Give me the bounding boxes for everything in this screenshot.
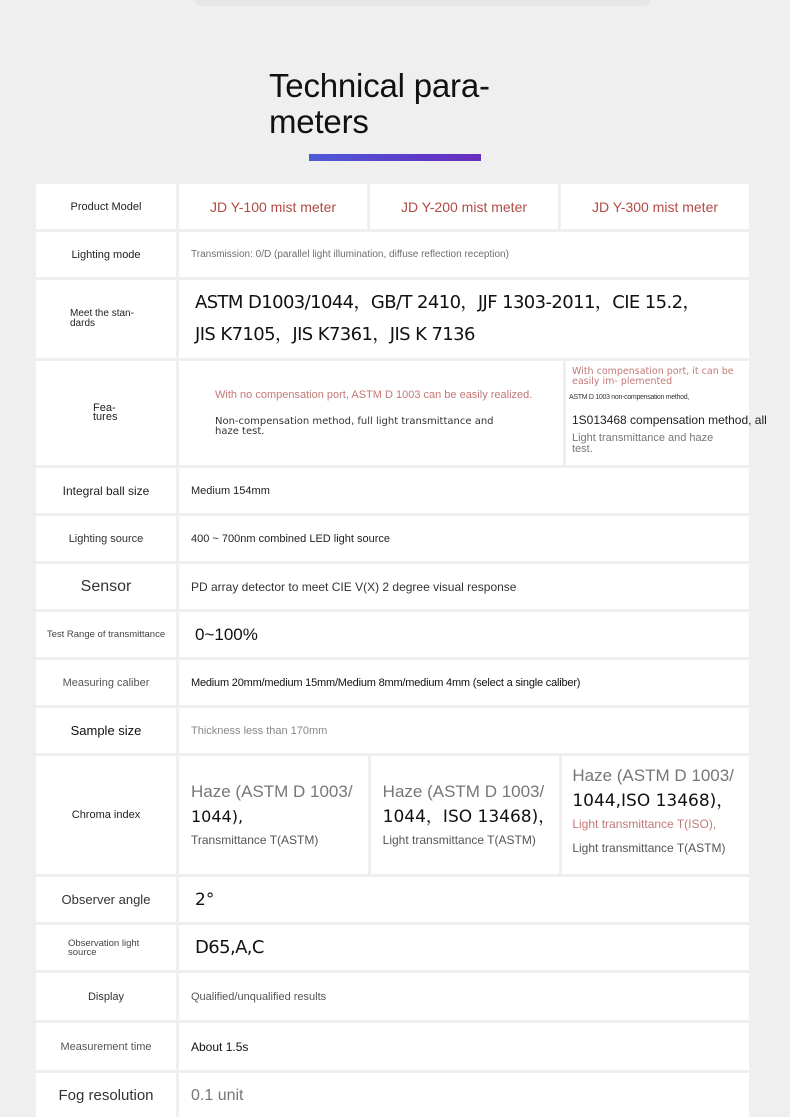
row-standards: Meet the stan- dards ASTM D1003/1044，GB/… (36, 280, 749, 358)
features-left-text: Non-compensation method, full light tran… (215, 417, 505, 437)
row-test-range: Test Range of transmittance 0~100% (36, 612, 749, 657)
value-standards: ASTM D1003/1044，GB/T 2410，JJF 1303-2011，… (179, 280, 749, 358)
value-lighting-mode: Transmission: 0/D (parallel light illumi… (179, 232, 749, 277)
label-display: Display (36, 973, 179, 1020)
features-right-small: ASTM D 1003 non-compensation method, (569, 394, 749, 401)
label-integral-ball: Integral ball size (36, 468, 179, 513)
label-measuring-caliber: Measuring caliber (36, 660, 179, 705)
features-right-main: 1S013468 compensation method, all (569, 413, 749, 427)
value-sensor: PD array detector to meet CIE V(X) 2 deg… (179, 564, 749, 609)
chroma-jdy300: Haze (ASTM D 1003/ 1044,ISO 13468)， Ligh… (562, 756, 749, 874)
chroma-haze-standard: 1044，ISO 13468)， (383, 804, 560, 830)
chroma-transmittance: Light transmittance T(ASTM) (383, 830, 560, 850)
chroma-transmittance: Light transmittance T(ASTM) (572, 838, 749, 858)
row-lighting-mode: Lighting mode Transmission: 0/D (paralle… (36, 232, 749, 277)
value-fog-resolution: 0.1 unit (179, 1073, 749, 1117)
value-observation-light: D65,A,C (179, 925, 749, 970)
label-measurement-time: Measurement time (36, 1023, 179, 1070)
model-jdy200: JD Y-200 mist meter (370, 184, 561, 229)
chroma-haze: Haze (ASTM D 1003/ (191, 780, 368, 804)
label-standards: Meet the stan- dards (36, 280, 179, 358)
label-product-model: Product Model (36, 184, 179, 229)
row-fog-resolution: Fog resolution 0.1 unit (36, 1073, 749, 1117)
spec-table: Product Model JD Y-100 mist meter JD Y-2… (36, 184, 749, 1117)
value-sample-size: Thickness less than 170mm (179, 708, 749, 753)
chroma-jdy200: Haze (ASTM D 1003/ 1044，ISO 13468)， Ligh… (371, 756, 563, 874)
model-jdy100: JD Y-100 mist meter (179, 184, 370, 229)
features-no-compensation: With no compensation port, ASTM D 1003 c… (179, 361, 566, 465)
value-measurement-time: About 1.5s (179, 1023, 749, 1070)
row-integral-ball: Integral ball size Medium 154mm (36, 468, 749, 513)
label-features: Fea- tures (36, 361, 179, 465)
chroma-haze: Haze (ASTM D 1003/ (383, 780, 560, 804)
row-measurement-time: Measurement time About 1.5s (36, 1023, 749, 1070)
label-test-range: Test Range of transmittance (36, 612, 179, 657)
title-accent-bar (309, 154, 481, 161)
value-lighting-source: 400 ~ 700nm combined LED light source (179, 516, 749, 561)
row-display: Display Qualified/unqualified results (36, 973, 749, 1020)
features-left-highlight: With no compensation port, ASTM D 1003 c… (215, 389, 563, 401)
row-observation-light: Observation light source D65,A,C (36, 925, 749, 970)
row-sample-size: Sample size Thickness less than 170mm (36, 708, 749, 753)
label-lighting-source: Lighting source (36, 516, 179, 561)
page-title: Technical para- meters (269, 68, 529, 140)
chroma-transmittance: Transmittance T(ASTM) (191, 830, 368, 850)
label-features-text: Fea- tures (93, 404, 119, 422)
row-product-model: Product Model JD Y-100 mist meter JD Y-2… (36, 184, 749, 229)
value-measuring-caliber: Medium 20mm/medium 15mm/Medium 8mm/mediu… (179, 660, 749, 705)
label-chroma-index: Chroma index (36, 756, 179, 874)
row-features: Fea- tures With no compensation port, AS… (36, 361, 749, 465)
label-lighting-mode: Lighting mode (36, 232, 179, 277)
label-observation-light: Observation light source (36, 925, 179, 970)
label-standards-text: Meet the stan- dards (70, 309, 142, 329)
features-right-highlight: With compensation port, it can be easily… (569, 367, 749, 387)
label-fog-resolution: Fog resolution (36, 1073, 179, 1117)
label-observer-angle: Observer angle (36, 877, 179, 922)
row-sensor: Sensor PD array detector to meet CIE V(X… (36, 564, 749, 609)
row-observer-angle: Observer angle 2° (36, 877, 749, 922)
label-sample-size: Sample size (36, 708, 179, 753)
chroma-haze-standard: 1044,ISO 13468)， (572, 788, 749, 814)
row-measuring-caliber: Measuring caliber Medium 20mm/medium 15m… (36, 660, 749, 705)
chroma-transmittance-iso: Light transmittance T(ISO), (572, 814, 749, 834)
chroma-haze: Haze (ASTM D 1003/ (572, 764, 749, 788)
row-chroma-index: Chroma index Haze (ASTM D 1003/ 1044), T… (36, 756, 749, 874)
standards-line-2: JIS K7105，JIS K7361，JIS K 7136 (195, 319, 700, 351)
standards-line-1: ASTM D1003/1044，GB/T 2410，JJF 1303-2011，… (195, 287, 700, 319)
chroma-jdy100: Haze (ASTM D 1003/ 1044), Transmittance … (179, 756, 371, 874)
model-jdy300: JD Y-300 mist meter (561, 184, 749, 229)
label-sensor: Sensor (36, 564, 179, 609)
label-observation-light-text: Observation light source (68, 939, 148, 957)
value-observer-angle: 2° (179, 877, 749, 922)
features-compensation: With compensation port, it can be easily… (566, 361, 749, 465)
chroma-haze-standard: 1044), (191, 804, 368, 830)
top-shadow-divider (195, 0, 650, 6)
value-test-range: 0~100% (179, 612, 749, 657)
value-display: Qualified/unqualified results (179, 973, 749, 1020)
value-integral-ball: Medium 154mm (179, 468, 749, 513)
features-right-text: Light transmittance and haze test. (569, 433, 732, 455)
row-lighting-source: Lighting source 400 ~ 700nm combined LED… (36, 516, 749, 561)
